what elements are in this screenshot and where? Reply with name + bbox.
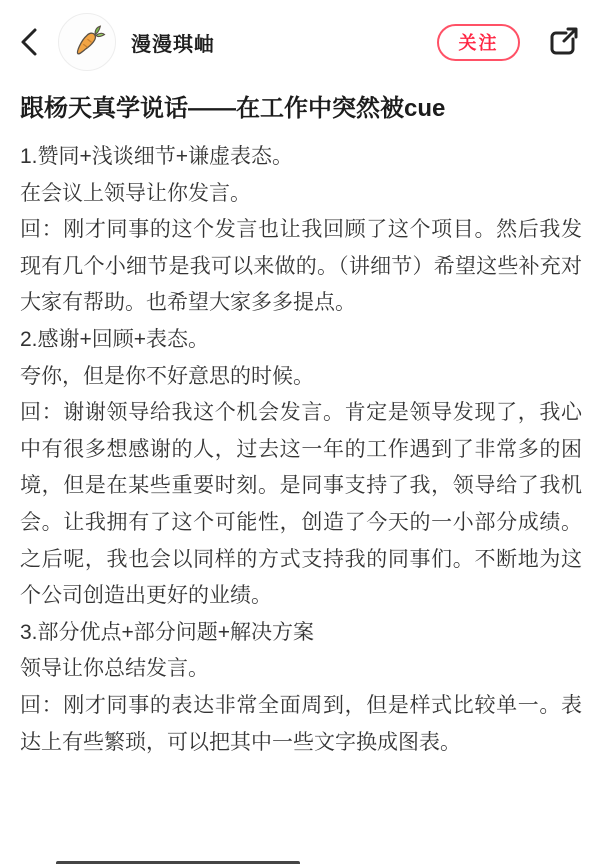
share-button[interactable] bbox=[544, 23, 582, 61]
share-box-arrow-icon bbox=[545, 24, 581, 60]
post-page: 漫漫琪岫 关注 跟杨天真学说话——在工作中突然被cue 1.赞同+浅谈细节+谦虚… bbox=[0, 0, 602, 864]
carrot-icon bbox=[67, 22, 107, 62]
avatar[interactable] bbox=[58, 13, 116, 71]
post-paragraph: 3.部分优点+部分问题+解决方案 bbox=[20, 615, 582, 652]
post-paragraph: 1.赞同+浅谈细节+谦虚表态。 bbox=[20, 139, 582, 176]
post-paragraph: 领导让你总结发言。 bbox=[20, 651, 582, 688]
post-title: 跟杨天真学说话——在工作中突然被cue bbox=[20, 93, 582, 125]
username[interactable]: 漫漫琪岫 bbox=[131, 28, 215, 57]
post-paragraph: 回：刚才同事的这个发言也让我回顾了这个项目。然后我发现有几个小细节是我可以来做的… bbox=[20, 212, 582, 322]
post-body: 1.赞同+浅谈细节+谦虚表态。在会议上领导让你发言。回：刚才同事的这个发言也让我… bbox=[20, 139, 582, 761]
header-bar: 漫漫琪岫 关注 bbox=[0, 0, 602, 84]
post-paragraph: 在会议上领导让你发言。 bbox=[20, 176, 582, 213]
back-button[interactable] bbox=[18, 25, 48, 59]
post-paragraph: 2.感谢+回顾+表态。 bbox=[20, 322, 582, 359]
post-paragraph: 回：谢谢领导给我这个机会发言。肯定是领导发现了，我心中有很多想感谢的人，过去这一… bbox=[20, 395, 582, 615]
post-paragraph: 夸你，但是你不好意思的时候。 bbox=[20, 359, 582, 396]
follow-button[interactable]: 关注 bbox=[437, 24, 520, 61]
post-paragraph: 回：刚才同事的表达非常全面周到，但是样式比较单一。表达上有些繁琐，可以把其中一些… bbox=[20, 688, 582, 761]
chevron-left-icon bbox=[18, 27, 42, 57]
